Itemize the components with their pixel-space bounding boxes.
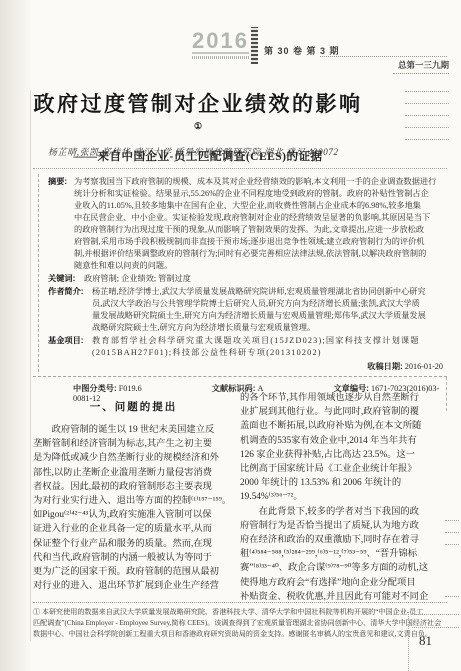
keywords-text: 政府管制; 企业绩效; 管制过度 [84,274,191,283]
text-line: 业扩展到其他行业。与此同时,政府管制的覆 [240,405,442,419]
page-number: 81 [419,633,432,649]
text-line: 垄断管制和经济管制为标志,其产生之初主要 [33,437,234,451]
funding-label: 基金项目: [48,335,83,347]
left-column: 一、问题的提出 政府管制的诞生以 19 世纪末美国建立反垄断管制和经济管制为标志… [33,399,234,593]
edge-dash [445,520,459,521]
text-line: 19.54%⁽³⁾⁵⁶⁻⁷²。 [240,490,442,504]
text-line: 数据中心、中国社会科学院创新工程重大项目和香港政府研究资助局的资金支持。感谢匿名… [33,629,447,640]
meta-block: 摘要: 为考察我国当下政府管制的规模、成本及其对企业经营绩效的影响,本文利用一手… [33,168,447,411]
page-corner-rule [412,627,459,628]
text-line: 2000 年统计的 13.53% 和 2006 年统计的 [240,476,442,490]
right-column: 的各个环节,其作用领域也逐步从自然垄断行业扩展到其他行业。与此同时,政府管制的覆… [240,391,442,604]
text-line: 126 家企业获得补贴,占比高达 23.5%。这一 [240,448,442,462]
text-line: 战略研究院硕士生,研究方向为经济增长质量与宏观质量管理。 [92,322,447,334]
text-line: 政府管制的诞生以 19 世纪末美国建立反 [33,423,234,437]
funding-lines: 教育部哲学社会科学研究重大课题攻关项目(15JZD023);国家科技支撑计划课题… [92,335,447,359]
page-corner-vertical-rule [408,612,409,671]
text-line: 制,并根据评价结果调整政府的管制行为;同时有必要完善相应法律法规,依法管制,以解… [74,248,447,260]
text-line: 更为广泛的国家干预。政府管制的范围从最初 [33,565,234,579]
received-date-value: 2016-01-20 [405,362,443,371]
text-line: 使得地方政府会“有选择”地向企业分配项目 [240,576,442,590]
funding-block: 基金项目: 教育部哲学社会科学研究重大课题攻关项目(15JZD023);国家科技… [48,335,447,359]
abstract-lines: 为考察我国当下政府管制的规模、成本及其对企业经营绩效的影响,本文利用一手的企业调… [74,176,447,272]
edge-dash [445,532,459,533]
right-dash-stack [405,80,449,140]
journal-year-logo: 2016 [192,30,252,59]
text-line: 府管制,采用市场手段积极规制而非直接干预市场;逐步退出竞争性领域;建立政府管制行… [74,236,447,248]
dash-line [405,128,449,140]
text-line: 租⁽⁴⁾⁵⁸⁴⁻⁵⁸⁸,⁽⁵⁾²⁸⁴⁻²⁹⁹,⁽⁶⁾⁵⁻¹²,⁽⁷⁾⁵³⁻⁵⁹、… [240,547,442,561]
journal-name-microtext [192,56,250,59]
text-line: 部性,以防止垄断企业滥用垄断力量侵害消费 [33,466,234,480]
dash-line [405,116,449,128]
authors-affiliation: 杨芷晴,张凯,郑伟华,武汉大学 质量发展战略研究院,湖北 武汉 430072 [48,145,339,158]
dash-line [405,80,449,92]
keywords-block: 关键词: 政府管制; 企业绩效; 管制过度 [48,273,447,285]
article-title: 政府过度管制对企业绩效的影响① [33,88,363,143]
text-line: 统计分析和实证检验。结果显示,55.26%的企业不同程度地受到政府的管制。政府的… [74,188,447,200]
text-line: 业收入的11.05%,且较多地集中在国有企业、大型企业,而收费性管制占企业成本的… [74,200,447,212]
header-dotted-rule [320,56,447,57]
text-line: 中在民营企业、中小企业。实证检验发现,政府管制对企业的经营绩效呈显著的负影响,其… [74,212,447,224]
edge-dash [445,596,459,597]
section-heading: 一、问题的提出 [33,399,234,414]
page-corner-rule [412,614,459,615]
text-line: 量发展战略研究院硕士生,研究方向为经济增长质量与宏观质量管理;郑伟华,武汉大学质… [92,310,447,322]
text-line: 匹配调查”(China Employer - Employee Survey,简… [33,618,447,629]
text-line: 者权益。因此,最初的政府管制形态主要表现 [33,480,234,494]
text-line: 府在经济和政治的双重激励下,同时存在着寻 [240,533,442,547]
text-line: ① 本研究使用的数据来自武汉大学质量发展战略研究院、香港科技大学、清华大学和中国… [33,607,447,618]
text-line: 在此背景下,较多的学者对当下我国的政 [240,505,442,519]
scan-edge-shading [0,0,32,671]
author-bio-label: 作者简介: [48,286,83,298]
text-line: 员,武汉大学政治与公共管理学院博士后研究人员,研究方向为经济增长质量;张凯,武汉… [92,298,447,310]
text-line: 比例高于国家统计局《工业企业统计年报》 [240,462,442,476]
header-divider-bar [251,27,258,64]
text-line: 证进入行业的企业具备一定的质量水平,从而 [33,522,234,536]
edge-dash [445,544,459,545]
received-date-row: 收稿日期: 2016-01-20 [48,361,447,372]
title-footnote-marker: ① [194,121,202,131]
right-column-text: 的各个环节,其作用领域也逐步从自然垄断行业扩展到其他行业。与此同时,政府管制的覆… [240,391,442,604]
abstract-label: 摘要: [48,176,67,188]
text-line: 对行业的进入、退出环节扩展到企业生产经营 [33,579,234,593]
text-line: 为对行业实行进入、退出等方面的控制⁽¹⁾¹⁵⁷⁻¹⁵⁹。 [33,494,234,508]
footnote-lines: ① 本研究使用的数据来自武汉大学质量发展战略研究院、香港科技大学、清华大学和中国… [33,607,447,640]
cumulative-issue: 总第一三九期 [393,59,449,74]
text-line: 代和当代,政府管制的内涵一般被认为等同于 [33,551,234,565]
dash-line [405,104,449,116]
text-line: 机调查的535家有效企业中,2014 年当年共有 [240,434,442,448]
scan-gutter-line [30,90,31,641]
text-line: 是为降低或减少自然垄断行业的规模经济和外 [33,451,234,465]
text-line: 的政府管制行为出现过度干预的现象,从而影响了管制效果的发挥。为此,文章提出,应进… [74,224,447,236]
meta-inner: 摘要: 为考察我国当下政府管制的规模、成本及其对企业经营绩效的影响,本文利用一手… [38,174,447,372]
text-line: 赛”⁽⁸⁾³³⁻⁴⁰、政企合谋⁽⁹⁾⁷⁸⁻⁹⁰等多方面的动机,这 [240,561,442,575]
text-line: 杨芷晴,经济学博士,武汉大学质量发展战略研究院讲师,宏观质量管理湖北省协同创新中… [92,286,447,298]
text-line: 如Pigou⁽²⁾⁴²⁻⁴³认为,政府实施准入管制可以保 [33,508,234,522]
keywords-label: 关键词: [48,273,75,285]
clc-item: 中图分类号: F019.6 [73,384,176,393]
journal-page: 2016 第 30 卷 第 3 期 总第一三九期 政府过度管制对企业绩效的影响①… [0,0,461,671]
clc-label: 中图分类号: [73,384,117,393]
abstract-block: 摘要: 为考察我国当下政府管制的规模、成本及其对企业经营绩效的影响,本文利用一手… [48,176,447,272]
text-line: (2015BAH27F01);科技部公益性科研专项(201310202) [92,347,447,359]
text-line: 府管制行为是否恰当提出了质疑,认为地方政 [240,519,442,533]
text-line: 保证整个行业产品和服务的质量。然而,在现 [33,537,234,551]
text-line: 为考察我国当下政府管制的规模、成本及其对企业经营绩效的影响,本文利用一手的企业调… [74,176,447,188]
text-line: 的各个环节,其作用领域也逐步从自然垄断行 [240,391,442,405]
clc-value: F019.6 [119,384,142,393]
text-line: 随意性和难以问责的问题。 [74,260,447,272]
text-line: 盖面也不断拓展,以政府补贴为例,在本文所随 [240,419,442,433]
text-line: 教育部哲学社会科学研究重大课题攻关项目(15JZD023);国家科技支撑计划课题 [92,335,447,347]
left-column-text: 政府管制的诞生以 19 世纪末美国建立反垄断管制和经济管制为标志,其产生之初主要… [33,423,234,593]
title-text: 政府过度管制对企业绩效的影响 [34,92,363,116]
year-text: 2016 [192,30,249,54]
author-bio-block: 作者简介: 杨芷晴,经济学博士,武汉大学质量发展战略研究院讲师,宏观质量管理湖北… [48,286,447,334]
footnote-block: ① 本研究使用的数据来自武汉大学质量发展战略研究院、香港科技大学、清华大学和中国… [33,602,447,640]
author-bio-lines: 杨芷晴,经济学博士,武汉大学质量发展战略研究院讲师,宏观质量管理湖北省协同创新中… [92,286,447,334]
received-date-label: 收稿日期: [367,362,402,371]
dash-line [405,92,449,104]
